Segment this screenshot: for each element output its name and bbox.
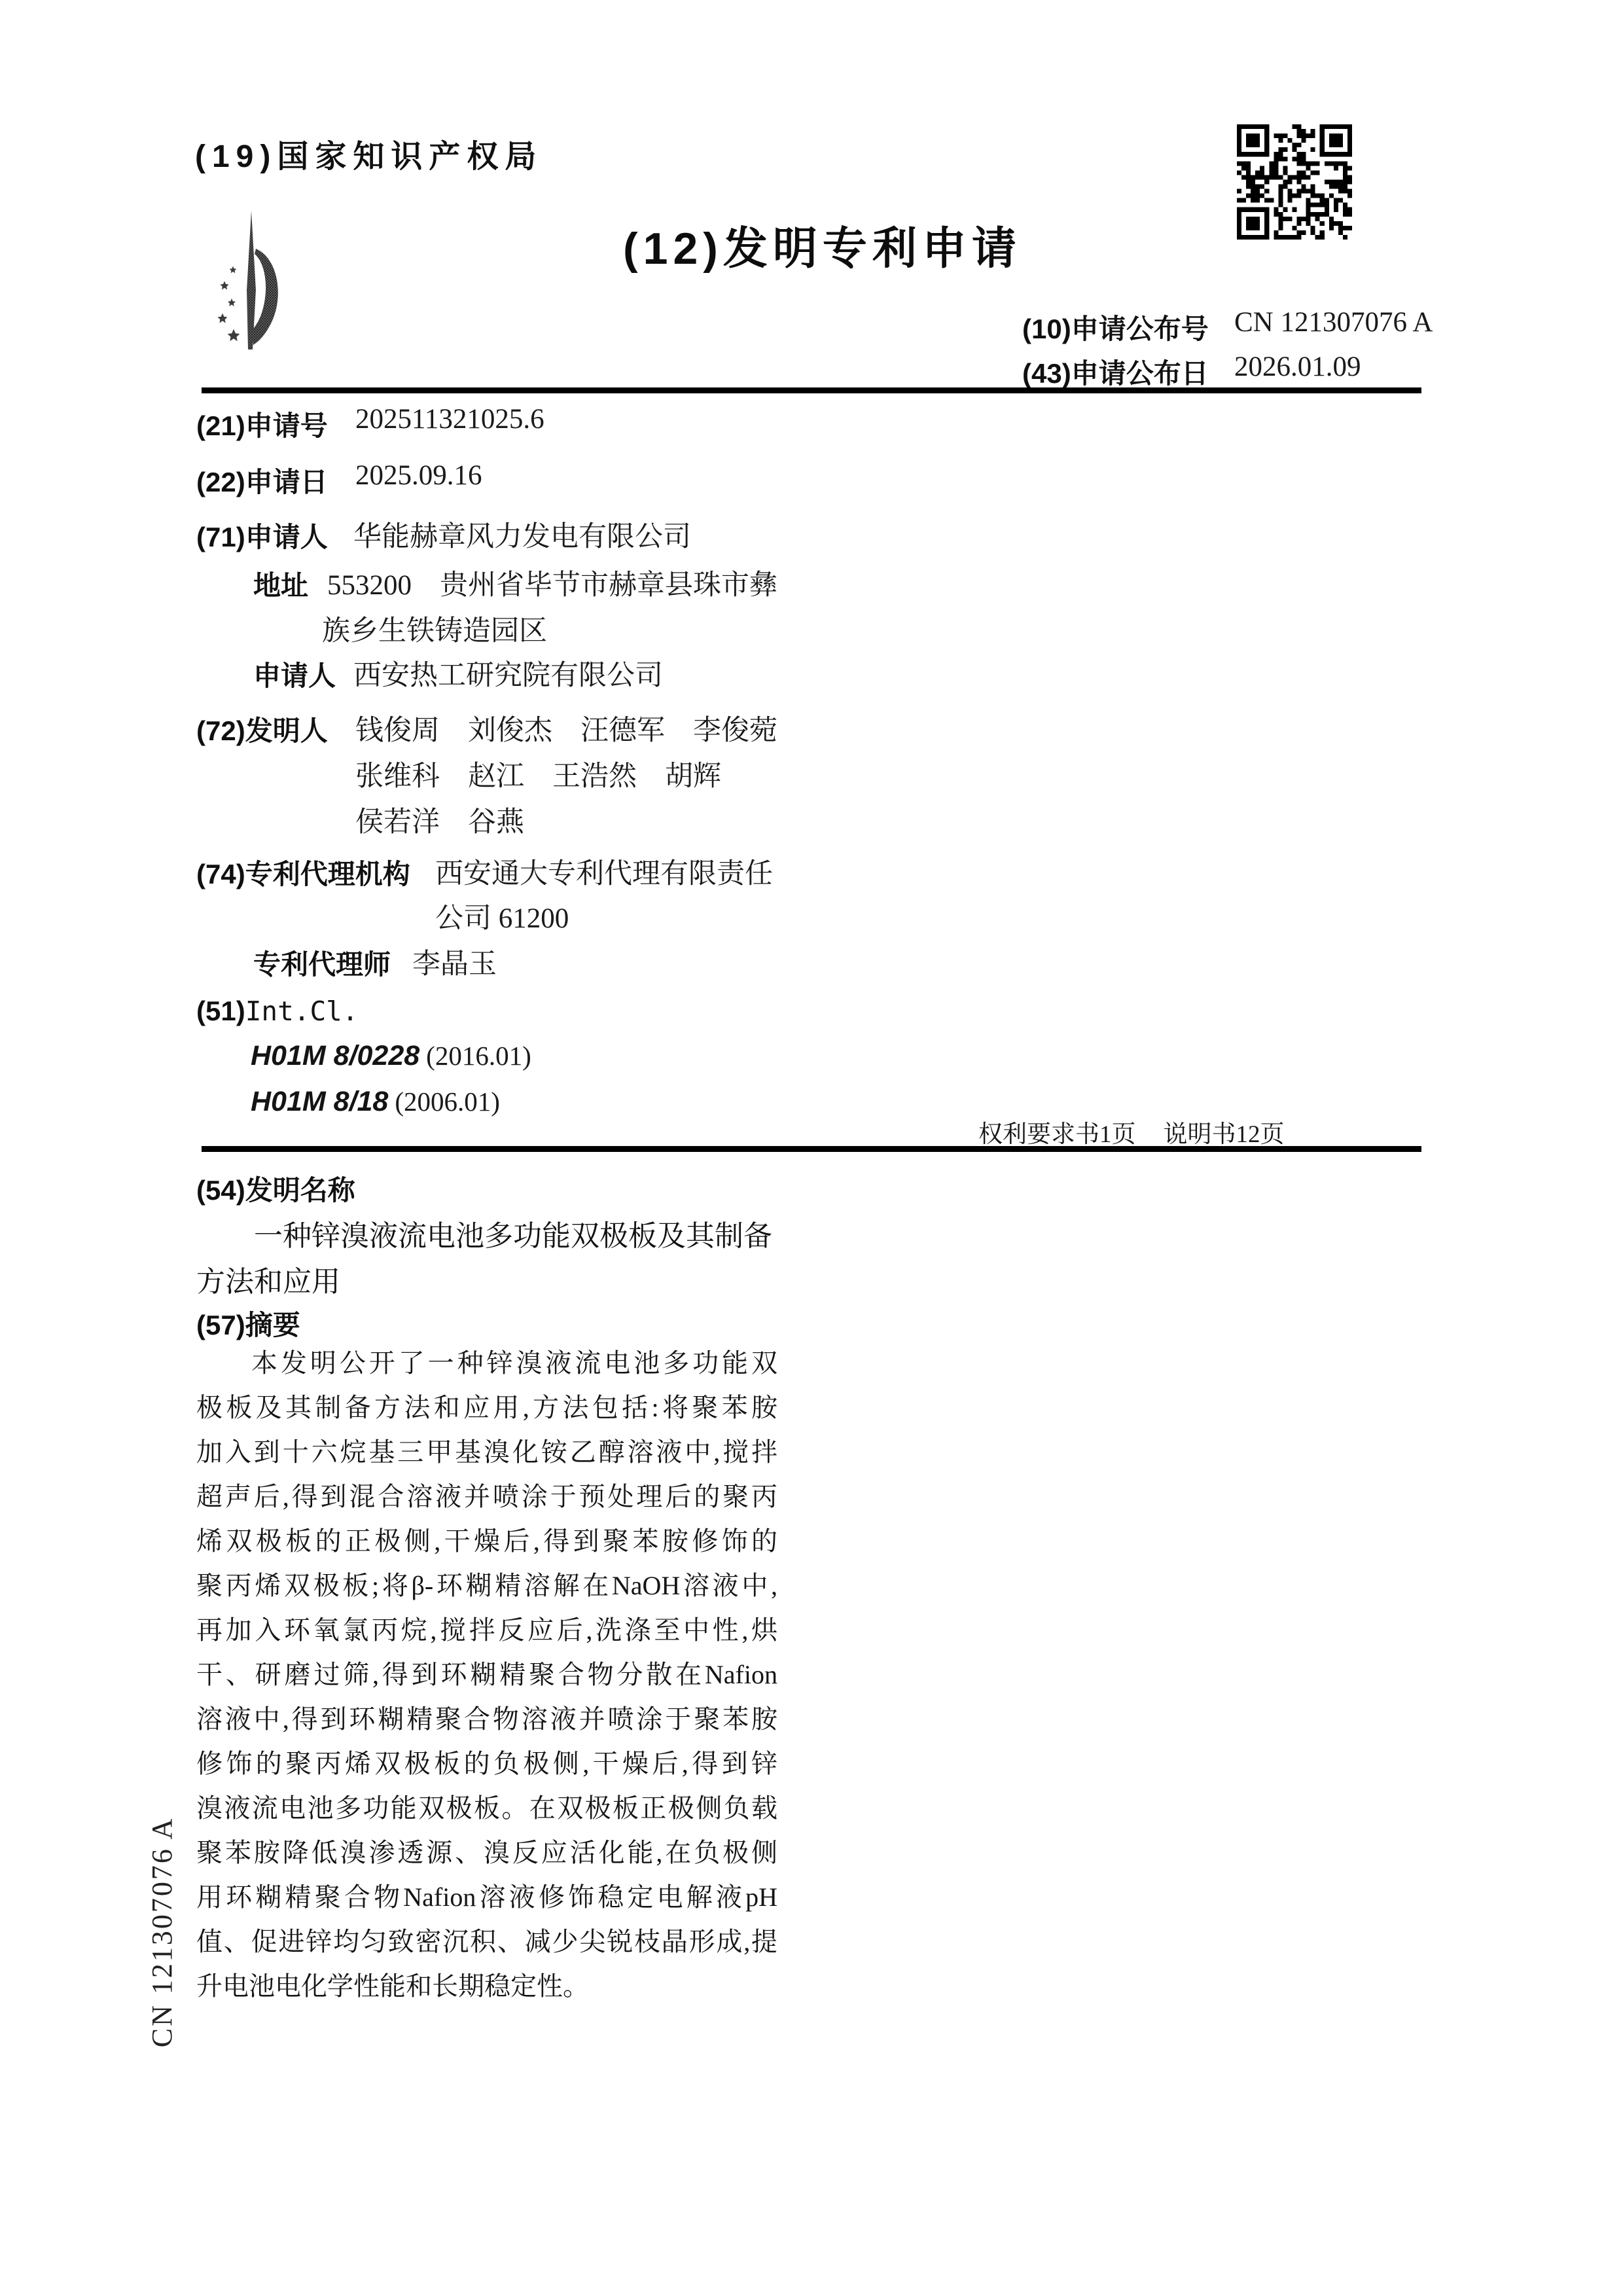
applicant-label: (71)申请人: [196, 516, 328, 555]
intcl2-year: (2006.01): [395, 1086, 500, 1117]
address-label: 地址: [253, 564, 308, 603]
qr-code-image: [1237, 124, 1352, 240]
pages-description: 说明书12页: [1164, 1114, 1285, 1149]
inventors-line2: 张维科 赵江 王浩然 胡辉: [355, 754, 721, 794]
intcl-entry-2: H01M 8/18(2006.01): [251, 1086, 500, 1118]
agency-label: (74)专利代理机构: [196, 853, 410, 892]
invention-title-label: (54)发明名称: [196, 1169, 355, 1208]
app-date-value: 2025.09.16: [355, 459, 482, 492]
invention-title-line2: 方法和应用: [196, 1258, 340, 1300]
abstract-line: 本发明公开了一种锌溴液流电池多功能双: [196, 1347, 777, 1386]
pub-date-value: 2026.01.09: [1234, 351, 1361, 383]
intcl2-code: H01M 8/18: [251, 1086, 388, 1117]
address-line2: 族乡生铁铸造园区: [322, 609, 547, 649]
pub-number-label: (10)申请公布号: [1022, 308, 1209, 347]
sidebar-pub-number: CN 121307076 A: [145, 1810, 179, 2054]
abstract-line: 聚丙烯双极板;将β-环糊精溶解在NaOH溶液中,: [196, 1570, 777, 1609]
invention-title-line1: 一种锌溴液流电池多功能双极板及其制备: [254, 1212, 772, 1254]
inventors-line1: 钱俊周 刘俊杰 汪德军 李俊菀: [355, 708, 777, 748]
abstract-line: 烯双极板的正极侧,干燥后,得到聚苯胺修饰的: [196, 1525, 777, 1564]
office-name: (19)国家知识产权局: [195, 131, 543, 176]
abstract-line: 溴液流电池多功能双极板。在双极板正极侧负载: [196, 1792, 777, 1831]
abstract-label: (57)摘要: [196, 1304, 300, 1343]
app-date-label: (22)申请日: [196, 461, 328, 500]
applicant2-value: 西安热工研究院有限公司: [353, 653, 663, 693]
abstract-line: 再加入环氧氯丙烷,搅拌反应后,洗涤至中性,烘: [196, 1614, 777, 1653]
abstract-line: 加入到十六烷基三甲基溴化铵乙醇溶液中,搅拌: [196, 1436, 777, 1475]
pages-claims: 权利要求书1页: [978, 1114, 1136, 1149]
abstract-line: 极板及其制备方法和应用,方法包括:将聚苯胺: [196, 1391, 777, 1431]
intcl-label-num: (51): [196, 996, 245, 1026]
intcl1-code: H01M 8/0228: [251, 1040, 419, 1071]
pages-info: 权利要求书1页 说明书12页: [978, 1114, 1285, 1149]
inventors-label: (72)发明人: [196, 709, 328, 749]
abstract-line: 溶液中,得到环糊精聚合物溶液并喷涂于聚苯胺: [196, 1703, 777, 1742]
cnipa-logo-graphic: [217, 211, 285, 350]
intcl-label: (51)Int.Cl.: [196, 996, 359, 1027]
app-number-value: 202511321025.6: [355, 403, 544, 435]
app-number-label: (21)申请号: [196, 404, 328, 444]
abstract-line: 聚苯胺降低溴渗透源、溴反应活化能,在负极侧: [196, 1837, 777, 1876]
abstract-line: 值、促进锌均匀致密沉积、减少尖锐枝晶形成,提: [196, 1926, 777, 1965]
abstract-line: 用环糊精聚合物Nafion溶液修饰稳定电解液pH: [196, 1881, 777, 1920]
intcl-entry-1: H01M 8/0228(2016.01): [251, 1040, 531, 1072]
biblio-divider: [202, 1146, 1421, 1152]
applicant2-label: 申请人: [253, 655, 336, 694]
applicant1-value: 华能赫章风力发电有限公司: [353, 514, 691, 554]
intcl-label-text: Int.Cl.: [245, 996, 359, 1027]
agency-line2: 公司 61200: [435, 896, 569, 936]
agent-name: 李晶玉: [412, 942, 497, 982]
logo-stars: [218, 266, 240, 342]
abstract-line: 超声后,得到混合溶液并喷涂于预处理后的聚丙: [196, 1480, 777, 1520]
patent-front-page: (19)国家知识产权局: [0, 0, 1623, 2296]
abstract-line: 升电池电化学性能和长期稳定性。: [196, 1970, 777, 2009]
inventors-line3: 侯若洋 谷燕: [355, 800, 524, 840]
abstract-line: 修饰的聚丙烯双极板的负极侧,干燥后,得到锌: [196, 1748, 777, 1787]
header-divider: [202, 387, 1421, 393]
cnipa-logo: [217, 211, 285, 350]
pub-number-value: CN 121307076 A: [1234, 306, 1433, 338]
abstract-line: 干、研磨过筛,得到环糊精聚合物分散在Nafion: [196, 1659, 777, 1698]
intcl1-year: (2016.01): [426, 1041, 531, 1071]
agency-line1: 西安通大专利代理有限责任: [435, 852, 773, 891]
doc-type-title: (12)发明专利申请: [623, 213, 1022, 277]
address-line1: 553200 贵州省毕节市赫章县珠市彝: [327, 563, 777, 603]
pub-date-label: (43)申请公布日: [1022, 352, 1209, 391]
agent-label: 专利代理师: [253, 943, 391, 982]
